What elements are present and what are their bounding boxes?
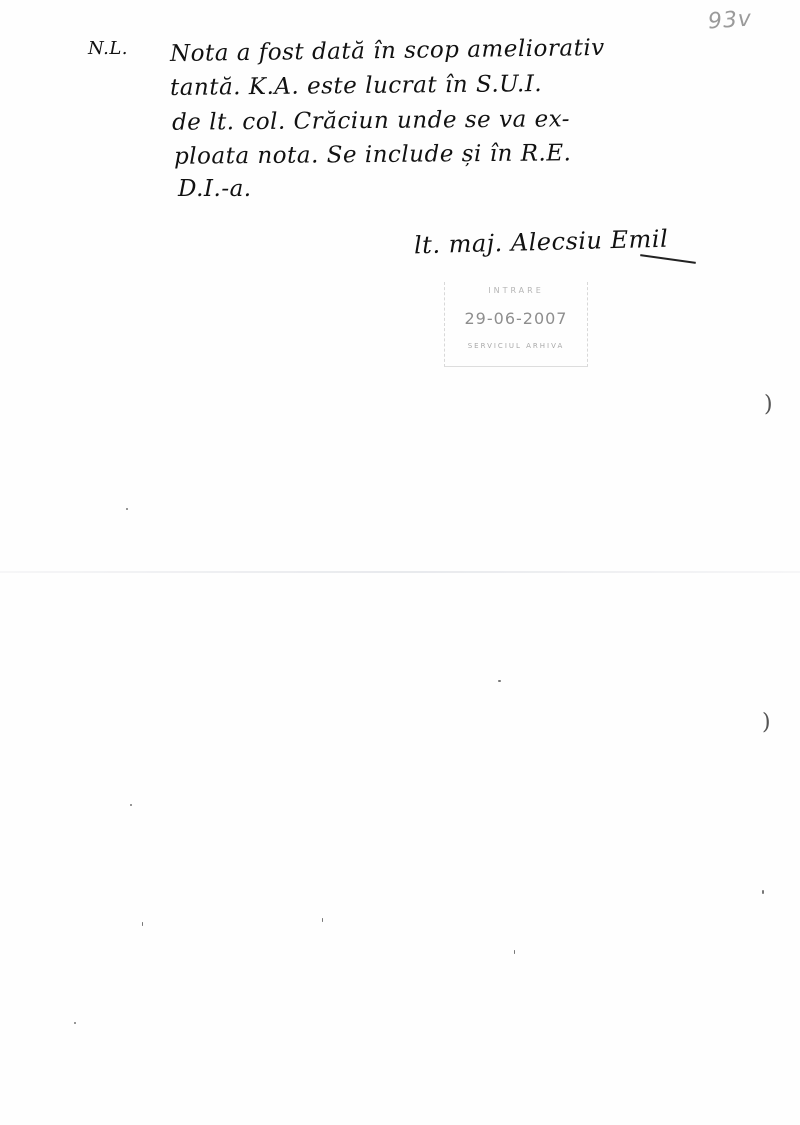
margin-mark-2: ) — [762, 710, 771, 735]
stamp-header: INTRARE — [445, 286, 587, 295]
stamp-footer: SERVICIUL ARHIVA — [445, 342, 587, 350]
speck — [514, 950, 515, 954]
handwritten-line-5: D.I.-a. — [178, 176, 252, 202]
speck — [762, 890, 764, 894]
handwritten-line-3: de lt. col. Crăciun unde se va ex- — [172, 106, 570, 135]
archive-stamp: INTRARE 29-06-2007 SERVICIUL ARHIVA — [444, 282, 588, 367]
speck — [142, 922, 143, 926]
signature-flourish — [640, 254, 696, 264]
speck — [498, 680, 501, 682]
fold-line — [0, 571, 800, 573]
speck — [322, 918, 323, 922]
speck — [74, 1022, 76, 1024]
handwritten-line-2: tantă. K.A. este lucrat în S.U.I. — [170, 71, 542, 101]
speck — [126, 508, 128, 510]
folio-number: 93v — [707, 6, 753, 34]
handwritten-line-1: Nota a fost dată în scop ameliorativ — [170, 35, 605, 67]
signature: lt. maj. Alecsiu Emil — [414, 225, 669, 260]
note-label: N.L. — [88, 38, 128, 59]
margin-mark-1: ) — [764, 392, 773, 417]
scanned-page: 93v N.L. Nota a fost dată în scop amelio… — [0, 0, 800, 1125]
handwritten-line-4: ploata nota. Se include și în R.E. — [174, 140, 572, 169]
speck — [130, 804, 132, 806]
stamp-date: 29-06-2007 — [445, 309, 587, 328]
